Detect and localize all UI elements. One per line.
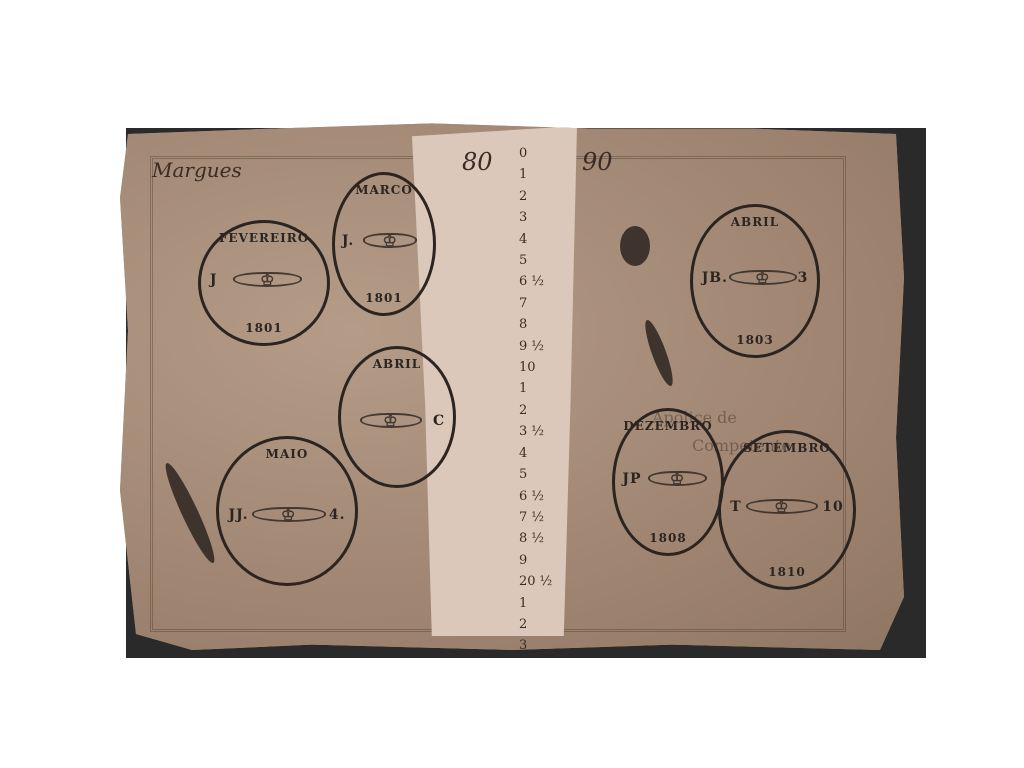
stamp-setembro: SETEMBRO T♔10 1810 bbox=[718, 430, 856, 590]
banknote: Margues 80 90 Apolice de Competente 0123… bbox=[112, 118, 912, 650]
crest-icon: ♔ bbox=[363, 233, 418, 248]
stamp-abril-1: ABRIL ♔C bbox=[338, 346, 456, 488]
ink-blot bbox=[620, 226, 650, 266]
crest-icon: ♔ bbox=[360, 413, 422, 428]
stamp-abril-2: ABRIL JB.♔3 1803 bbox=[690, 204, 820, 358]
stamp-dezembro: DEZEMBRO JP♔ 1808 bbox=[612, 408, 724, 556]
tally-column: 0123456 ½789 ½10123 ½456 ½7 ½8 ½920 ½123… bbox=[519, 143, 559, 678]
crest-icon: ♔ bbox=[746, 499, 818, 514]
strip-header-right: 90 bbox=[582, 148, 613, 176]
handwritten-name: Margues bbox=[152, 158, 242, 182]
stamp-fevereiro: FEVEREIRO J♔ 1801 bbox=[198, 220, 330, 346]
crest-icon: ♔ bbox=[252, 507, 326, 522]
stamp-marco: MARCO J.♔ 1801 bbox=[332, 172, 436, 316]
crest-icon: ♔ bbox=[233, 272, 302, 287]
strip-header-left: 80 bbox=[462, 148, 493, 176]
crest-icon: ♔ bbox=[648, 471, 707, 486]
crest-icon: ♔ bbox=[729, 270, 797, 285]
stamp-maio: MAIO JJ.♔4. bbox=[216, 436, 358, 586]
